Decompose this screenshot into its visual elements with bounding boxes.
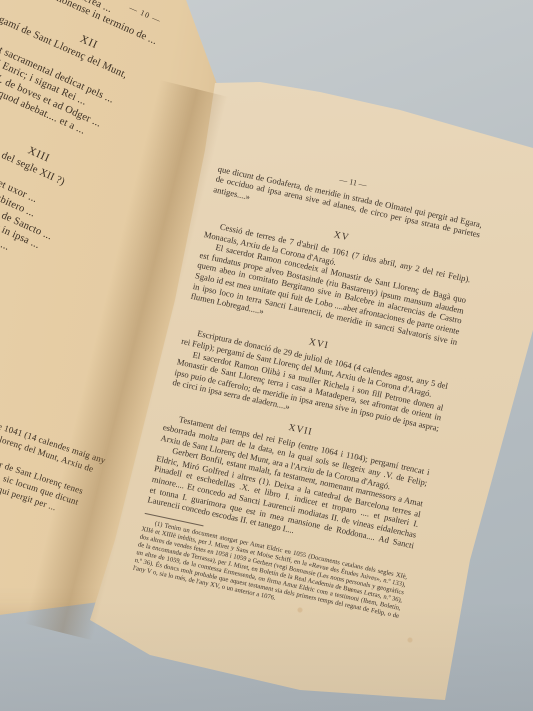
photo-scene: quod tu michi prestasti.... propterea ..…: [0, 0, 533, 711]
table-surface-shadow: [0, 600, 533, 711]
